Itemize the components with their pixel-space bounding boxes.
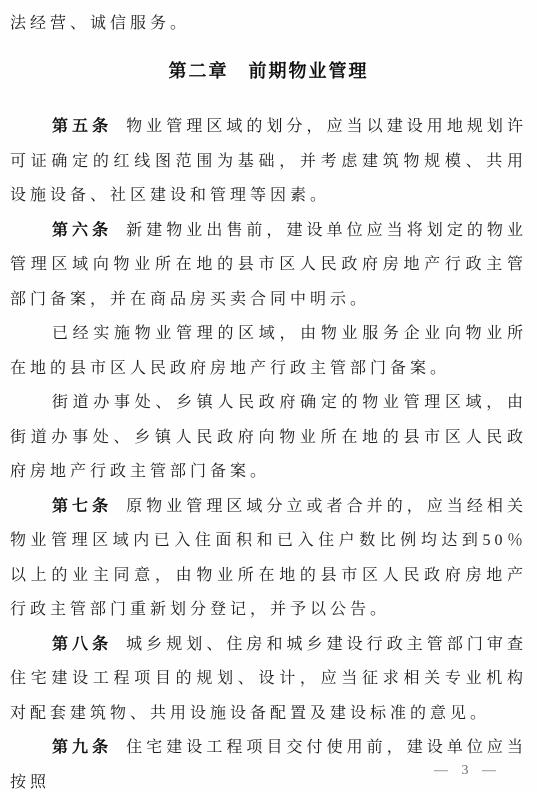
article-8-label: 第八条 bbox=[52, 636, 112, 653]
paragraph-article-7: 第七条原物业管理区域分立或者合并的，应当经相关物业管理区域内已入住面积和已入住户… bbox=[10, 490, 527, 628]
paragraph-article-6-sub-1: 已经实施物业管理的区域，由物业服务企业向物业所在地的县市区人民政府房地产行政主管… bbox=[10, 317, 527, 386]
article-7-label: 第七条 bbox=[52, 498, 112, 515]
paragraph-article-5: 第五条物业管理区域的划分，应当以建设用地规划许可证确定的红线图范围为基础，并考虑… bbox=[10, 110, 527, 214]
article-6-sub-1-text: 已经实施物业管理的区域，由物业服务企业向物业所在地的县市区人民政府房地产行政主管… bbox=[10, 325, 527, 377]
body-text: 第五条物业管理区域的划分，应当以建设用地规划许可证确定的红线图范围为基础，并考虑… bbox=[10, 110, 527, 792]
document-page: 法经营、诚信服务。 第二章 前期物业管理 第五条物业管理区域的划分，应当以建设用… bbox=[0, 0, 537, 792]
paragraph-article-8: 第八条城乡规划、住房和城乡建设行政主管部门审查住宅建设工程项目的规划、设计，应当… bbox=[10, 628, 527, 732]
article-6-label: 第六条 bbox=[52, 222, 112, 239]
article-6-sub-2-text: 街道办事处、乡镇人民政府确定的物业管理区域，由街道办事处、乡镇人民政府向物业所在… bbox=[10, 394, 527, 480]
article-9-label: 第九条 bbox=[52, 739, 112, 756]
page-number: — 3 — bbox=[434, 763, 501, 779]
continuation-line: 法经营、诚信服务。 bbox=[10, 9, 527, 39]
article-5-label: 第五条 bbox=[52, 118, 112, 135]
article-7-text: 原物业管理区域分立或者合并的，应当经相关物业管理区域内已入住面积和已入住户数比例… bbox=[10, 498, 527, 619]
paragraph-article-6-sub-2: 街道办事处、乡镇人民政府确定的物业管理区域，由街道办事处、乡镇人民政府向物业所在… bbox=[10, 386, 527, 490]
paragraph-article-9: 第九条住宅建设工程项目交付使用前，建设单位应当按照 bbox=[10, 731, 527, 792]
chapter-heading: 第二章 前期物业管理 bbox=[10, 56, 527, 86]
paragraph-article-6: 第六条新建物业出售前，建设单位应当将划定的物业管理区域向物业所在地的县市区人民政… bbox=[10, 214, 527, 318]
